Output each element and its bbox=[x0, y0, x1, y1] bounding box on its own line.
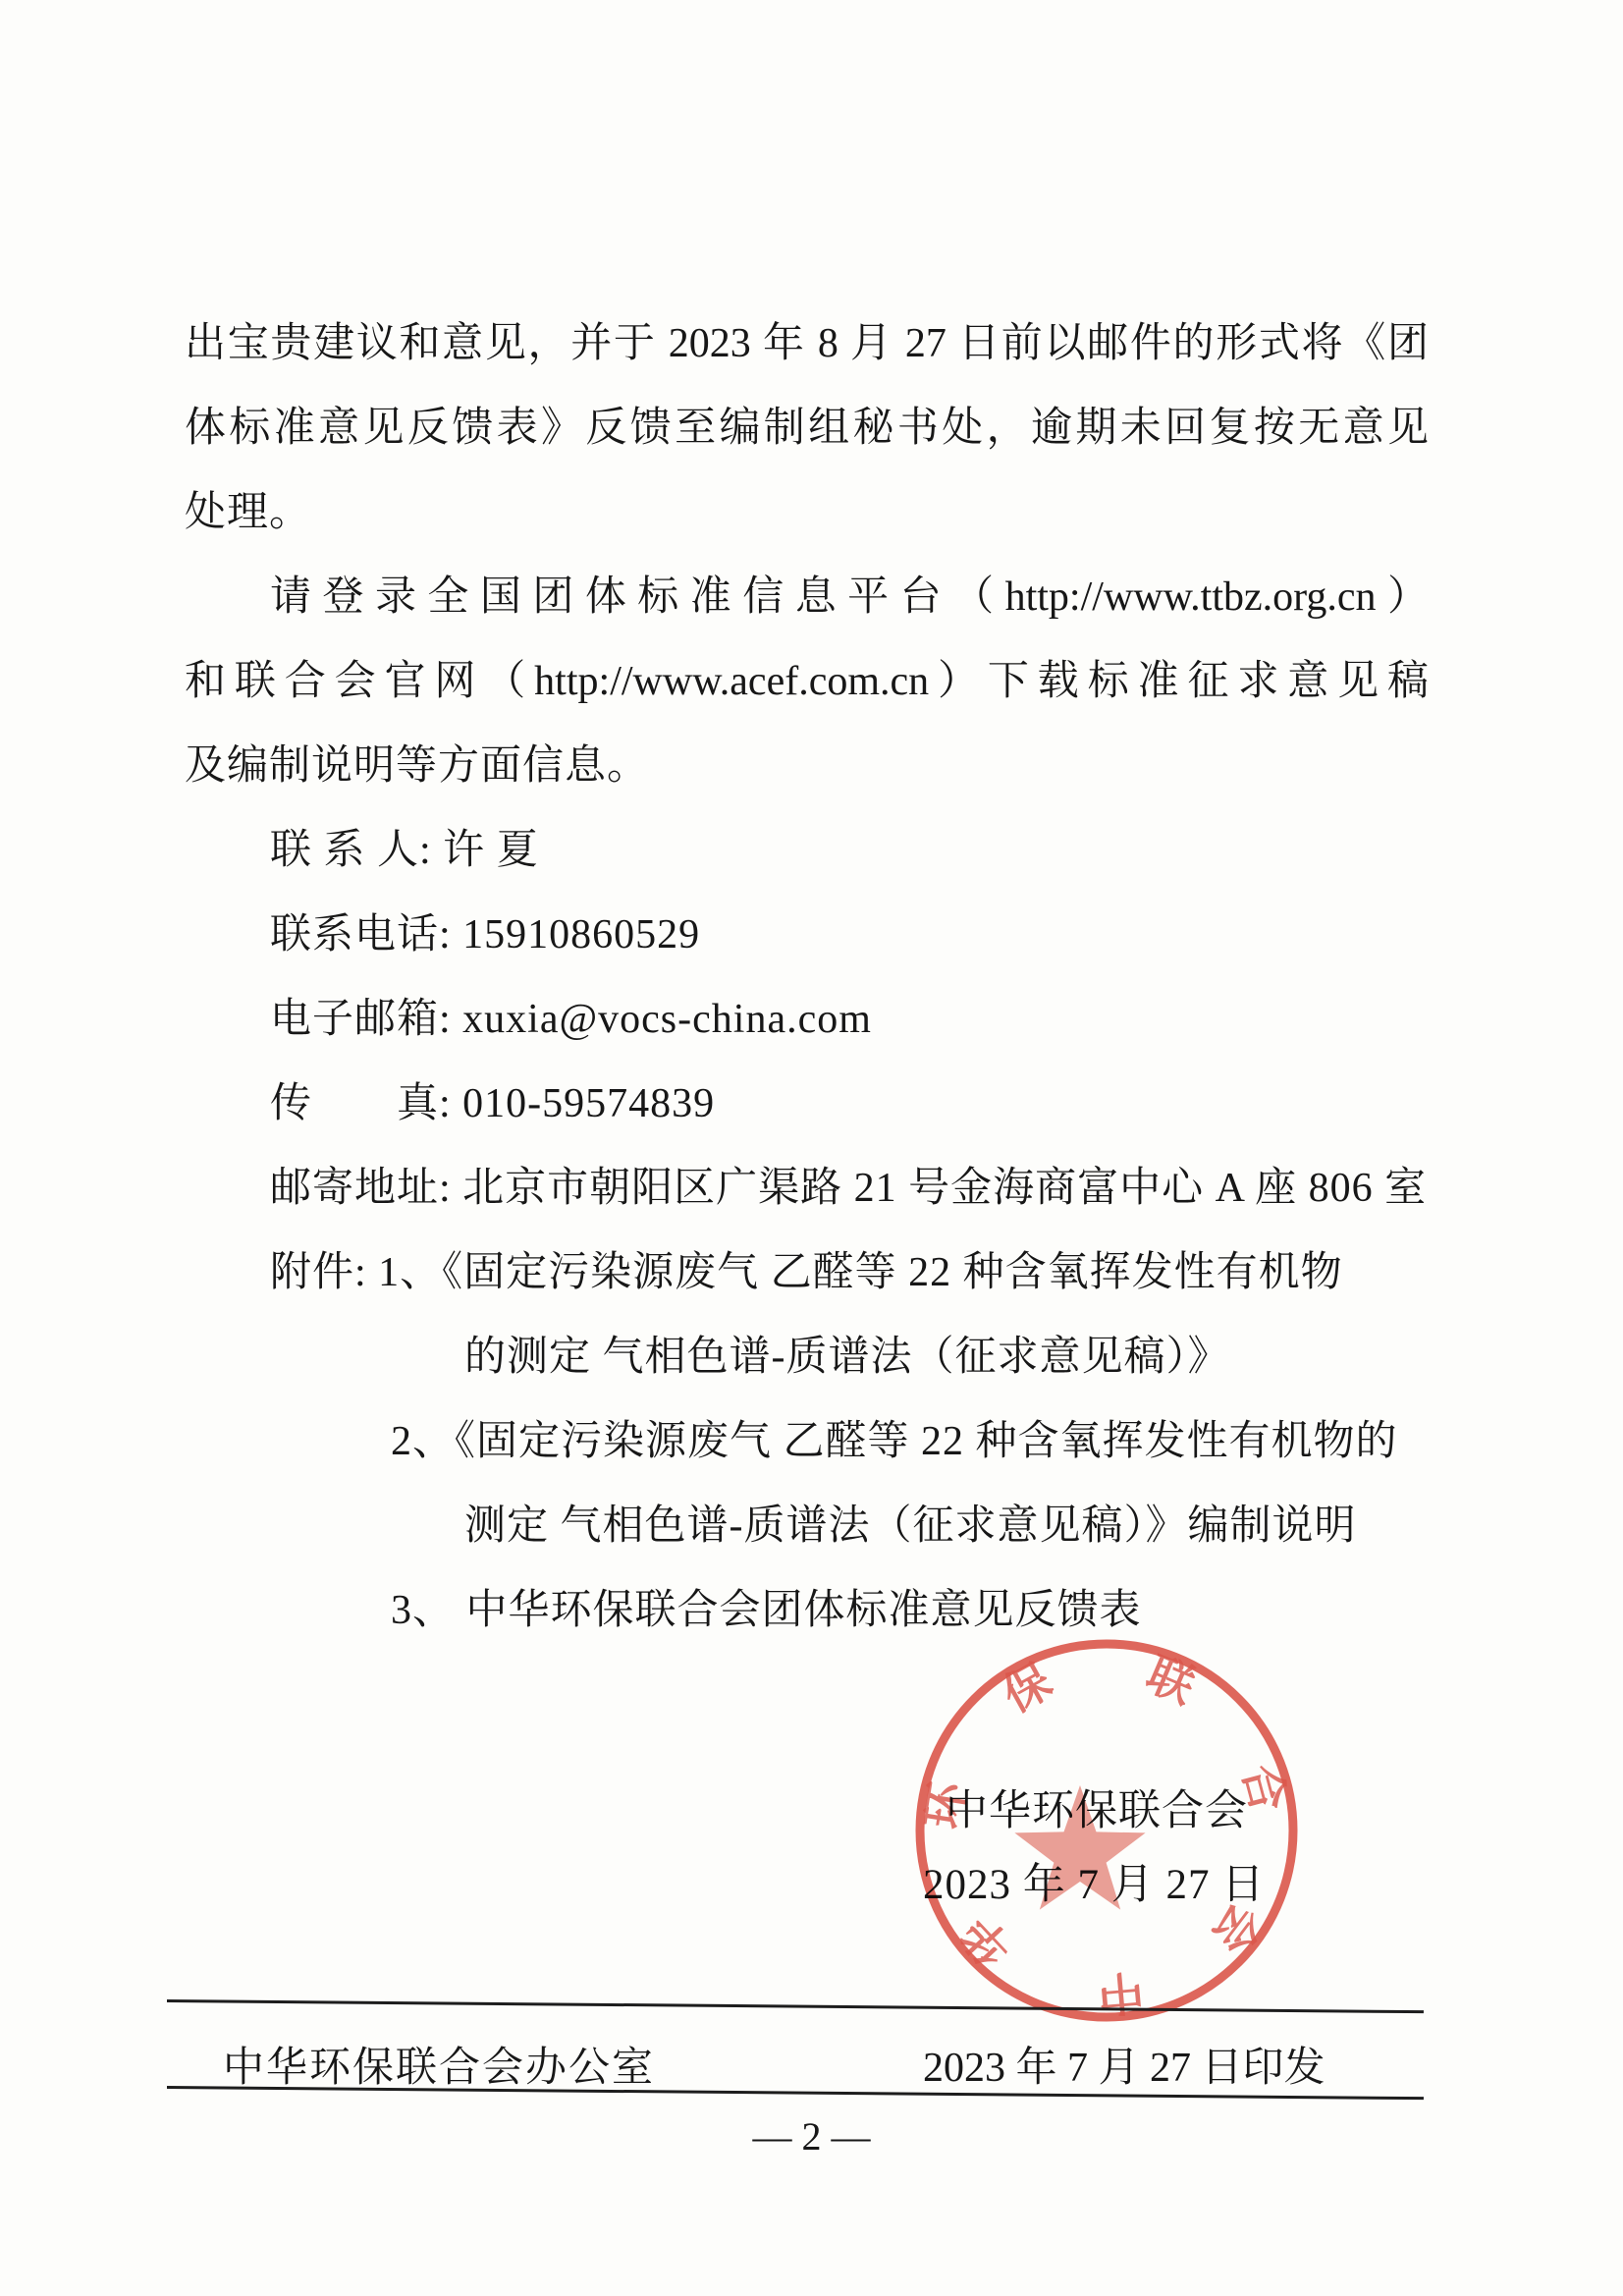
contact-fax-line: 传 真: 010-59574839 bbox=[270, 1076, 715, 1131]
seal-ring-char: 合 bbox=[1232, 1760, 1293, 1818]
contact-person-line: 联 系 人: 许 夏 bbox=[270, 823, 539, 878]
attachment-item-2: 2、《固定污染源废气 乙醛等 22 种含氧挥发性有机物的 bbox=[391, 1414, 1398, 1469]
contact-address-line: 邮寄地址: 北京市朝阳区广渠路 21 号金海商富中心 A 座 806 室 bbox=[270, 1161, 1427, 1216]
body-line: 出宝贵建议和意见，并于 2023 年 8 月 27 日前以邮件的形式将《团 bbox=[185, 316, 1429, 371]
seal-ring-char: 环 bbox=[918, 1777, 976, 1832]
page-number: — 2 — bbox=[0, 2113, 1623, 2159]
official-seal: 中 华 环 保 联 合 会 bbox=[903, 1630, 1316, 2043]
body-line-url-acef: 和联合会官网（http://www.acef.com.cn）下载标准征求意见稿 bbox=[185, 654, 1429, 709]
contact-phone-line: 联系电话: 15910860529 bbox=[270, 907, 700, 962]
attachment-item-2-cont: 测定 气相色谱-质谱法（征求意见稿）》编制说明 bbox=[464, 1499, 1357, 1554]
footer-issuing-office: 中华环保联合会办公室 bbox=[223, 2035, 655, 2094]
attachment-item-1: 附件: 1、《固定污染源废气 乙醛等 22 种含氧挥发性有机物 bbox=[270, 1245, 1343, 1300]
seal-ring-char: 保 bbox=[996, 1656, 1060, 1722]
seal-ring-char: 联 bbox=[1139, 1649, 1202, 1714]
attachment-item-1-cont: 的测定 气相色谱-质谱法（征求意见稿）》 bbox=[464, 1330, 1230, 1385]
contact-email-line: 电子邮箱: xuxia@vocs-china.com bbox=[270, 992, 872, 1047]
body-line-url-ttbz: 请登录全国团体标准信息平台（http://www.ttbz.org.cn） bbox=[270, 570, 1429, 625]
body-line: 及编制说明等方面信息。 bbox=[185, 738, 649, 793]
footer-issue-date: 2023 年 7 月 27 日印发 bbox=[923, 2035, 1325, 2094]
body-line: 体标准意见反馈表》反馈至编制组秘书处，逾期未回复按无意见 bbox=[185, 401, 1429, 456]
seal-star-icon bbox=[1014, 1785, 1145, 1910]
scanned-letter-page: 出宝贵建议和意见，并于 2023 年 8 月 27 日前以邮件的形式将《团 体标… bbox=[0, 0, 1623, 2296]
seal-ring-char: 会 bbox=[1202, 1894, 1271, 1962]
seal-ring-char: 华 bbox=[953, 1906, 1022, 1975]
body-line: 处理。 bbox=[185, 485, 311, 540]
